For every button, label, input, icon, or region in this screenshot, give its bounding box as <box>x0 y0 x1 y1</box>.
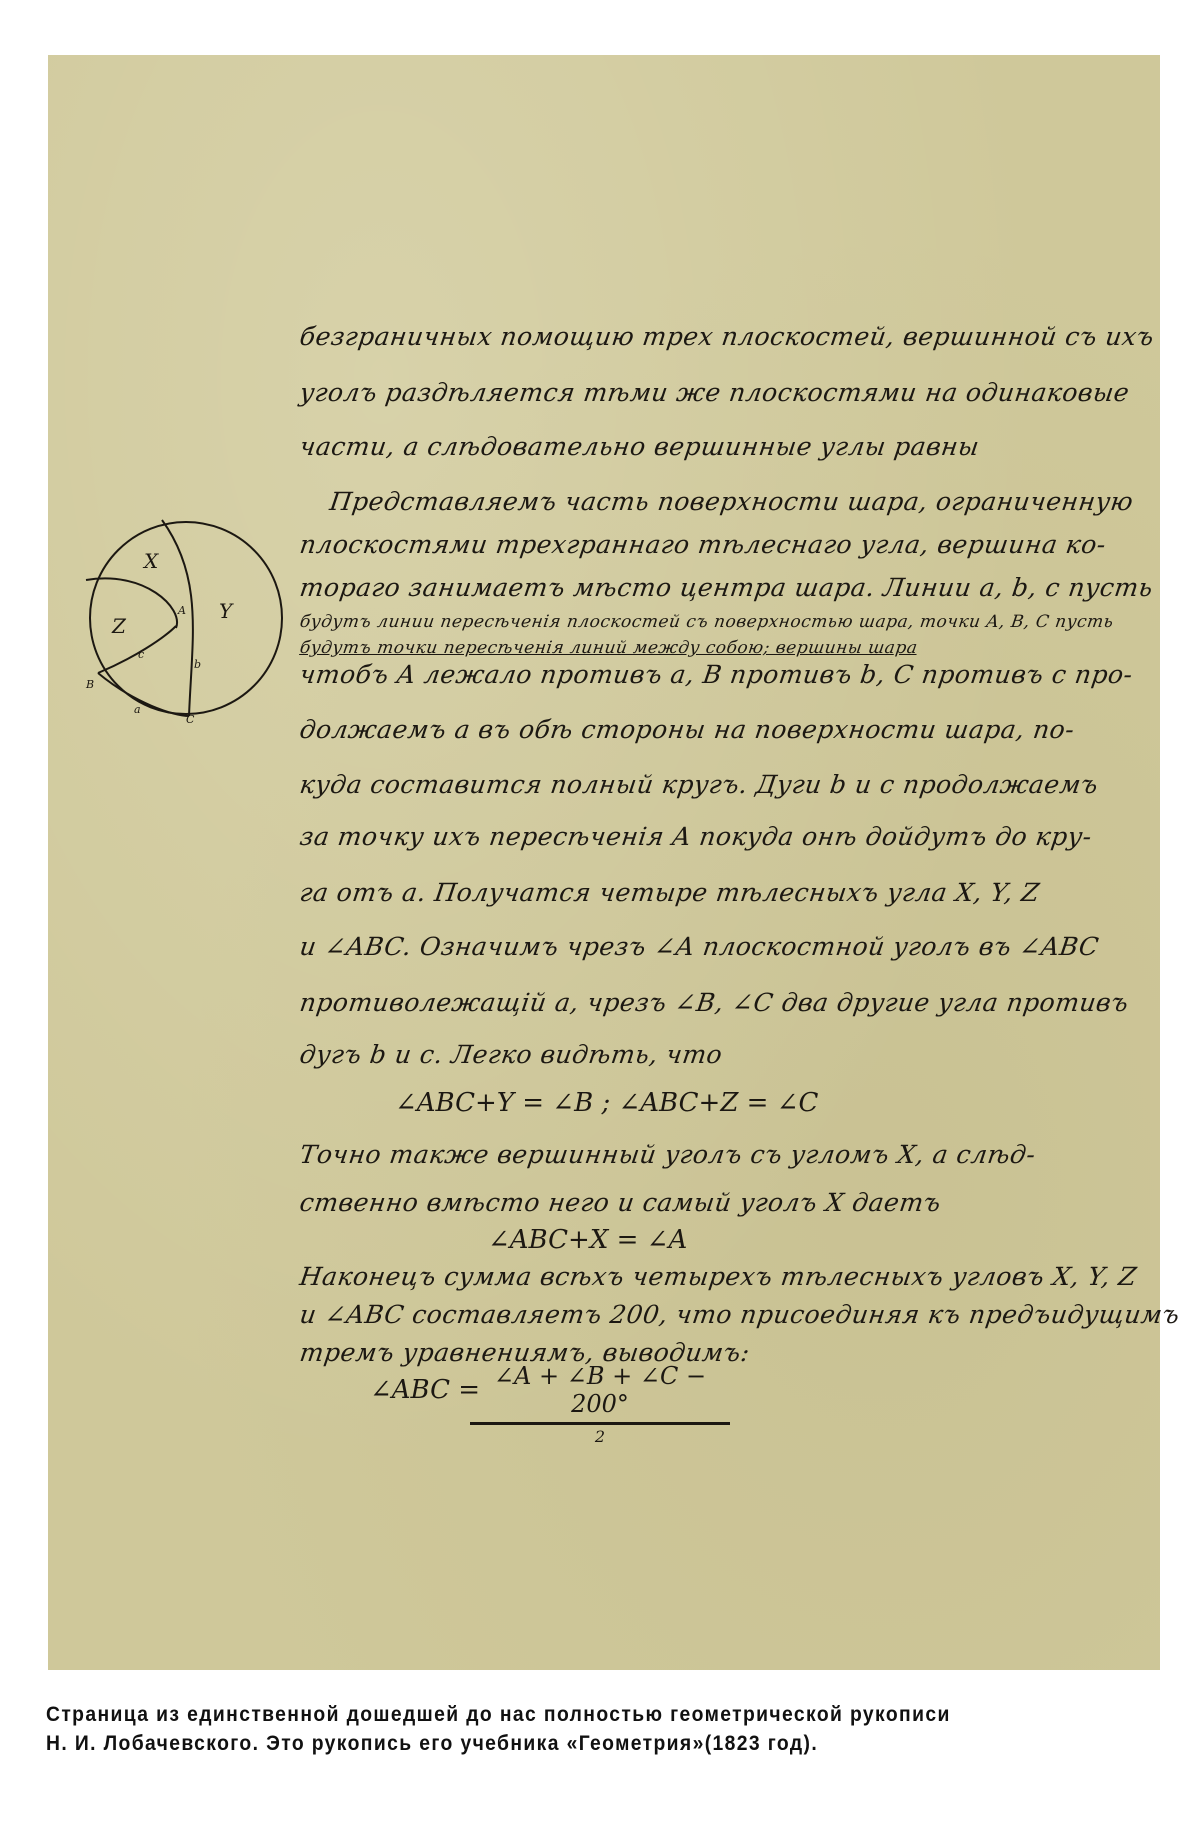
equation-3-denominator: 2 <box>470 1425 730 1446</box>
manuscript-line: Точно также вершинный уголъ съ угломъ X,… <box>298 1140 1038 1169</box>
diagram-label-z: Z <box>111 614 127 638</box>
manuscript-line: ственно вмѣсто него и самый уголъ X дает… <box>298 1188 943 1217</box>
manuscript-line: га отъ a. Получатся четыре тѣлесныхъ угл… <box>298 878 1041 907</box>
manuscript-line: тораго занимаетъ мѣсто центра шара. Лини… <box>298 573 1155 602</box>
caption-line-2: Н. И. Лобачевского. Это рукопись его уче… <box>46 1729 1067 1758</box>
spherical-triangle-diagram: X Y Z A b c B a C <box>64 518 284 723</box>
diagram-point-b: b <box>194 658 201 671</box>
diagram-point-a: A <box>177 604 186 617</box>
manuscript-line: Наконецъ сумма всѣхъ четырехъ тѣлесныхъ … <box>298 1262 1139 1291</box>
manuscript-line: и ∠ABC. Означимъ чрезъ ∠A плоскостной уг… <box>298 932 1101 961</box>
manuscript-line: за точку ихъ пересѣченія A покуда онѣ до… <box>298 822 1094 851</box>
manuscript-line: Представляемъ часть поверхности шара, ог… <box>328 487 1135 516</box>
manuscript-line: будутъ линии пересѣченія плоскостей съ п… <box>299 612 1115 632</box>
manuscript-line: будутъ точки пересѣченія линий между соб… <box>299 638 919 658</box>
manuscript-line: части, а слѣдовательно вершинные углы ра… <box>298 432 981 461</box>
equation-2: ∠ABC+X = ∠A <box>488 1225 687 1255</box>
diagram-label-x: X <box>142 549 159 573</box>
manuscript-line: чтобъ A лежало противъ a, B противъ b, C… <box>298 660 1135 689</box>
manuscript-line: противолежащій a, чрезъ ∠B, ∠C два други… <box>298 988 1131 1017</box>
manuscript-line: и ∠ABC составляетъ 200, что присоединяя … <box>298 1300 1182 1329</box>
caption-line-1: Страница из единственной дошедшей до нас… <box>46 1700 1067 1729</box>
manuscript-line: куда составится полный кругъ. Дуги b и c… <box>298 770 1100 799</box>
diagram-point-a-lower: a <box>134 703 141 716</box>
equation-1: ∠ABC+Y = ∠B ; ∠ABC+Z = ∠C <box>395 1088 818 1118</box>
manuscript-line: должаемъ a въ обѣ стороны на поверхности… <box>298 715 1076 744</box>
equation-3-lhs: ∠ABC = <box>370 1375 480 1405</box>
diagram-point-B: B <box>85 678 94 691</box>
manuscript-line: дугъ b и c. Легко видѣть, что <box>298 1040 724 1069</box>
diagram-point-C: C <box>186 713 195 723</box>
diagram-label-y: Y <box>219 599 234 623</box>
diagram-point-c: c <box>138 648 144 661</box>
manuscript-line: уголъ раздѣляется тѣми же плоскостями на… <box>298 378 1131 407</box>
figure-caption: Страница из единственной дошедшей до нас… <box>46 1700 1067 1758</box>
manuscript-line: безграничных помощию трех плоскостей, ве… <box>298 322 1156 351</box>
manuscript-line: плоскостями трехграннаго тѣлеснаго угла,… <box>298 530 1108 559</box>
equation-3-fraction: ∠A + ∠B + ∠C − 200° 2 <box>470 1362 730 1446</box>
equation-3-numerator: ∠A + ∠B + ∠C − 200° <box>470 1362 730 1425</box>
